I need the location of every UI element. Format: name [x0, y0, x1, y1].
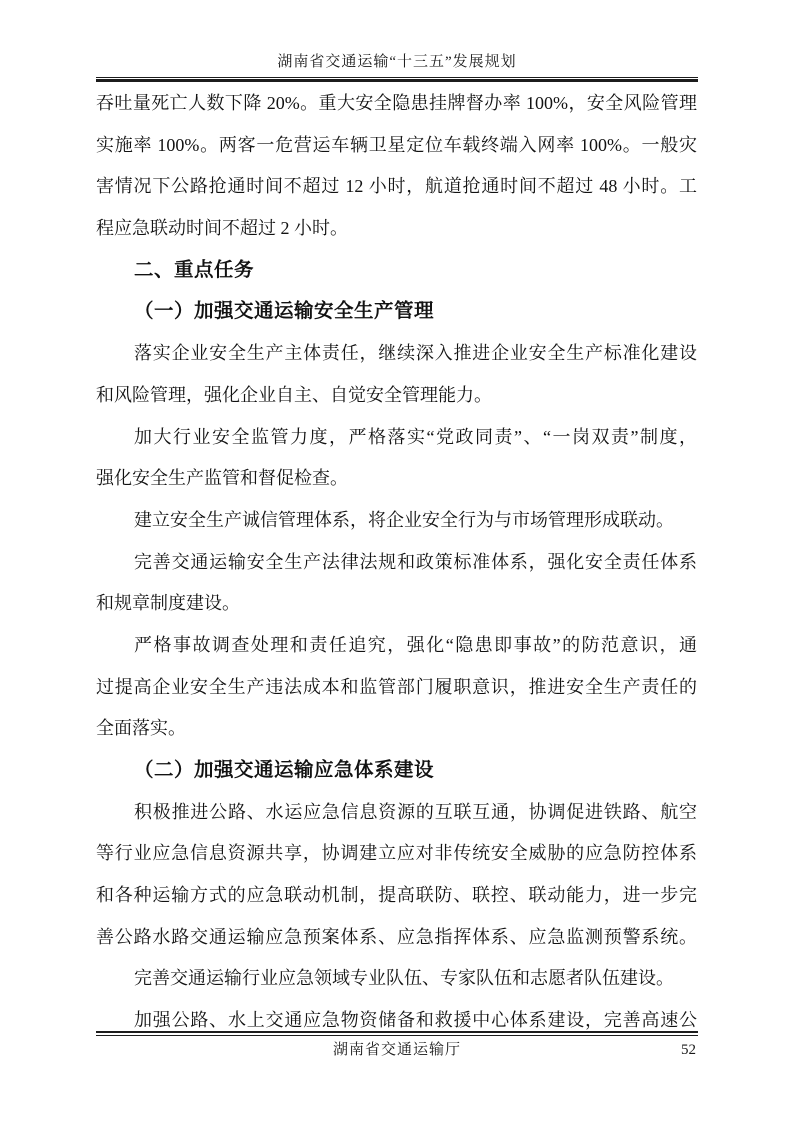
- body-text-line: 全面落实。: [96, 708, 697, 750]
- page-footer: 湖南省交通运输厅 52: [96, 1031, 698, 1061]
- footer-organization: 湖南省交通运输厅: [96, 1039, 698, 1061]
- body-text-line: 完善交通运输行业应急领域专业队伍、专家队伍和志愿者队伍建设。: [96, 958, 697, 1000]
- body-text-line: 强化安全生产监管和督促检查。: [96, 458, 697, 500]
- body-text-line: 加大行业安全监管力度，严格落实“党政同责”、“一岗双责”制度，: [96, 417, 697, 459]
- body-text-line: 等行业应急信息资源共享，协调建立应对非传统安全威胁的应急防控体系: [96, 833, 697, 875]
- body-text-line: 害情况下公路抢通时间不超过 12 小时，航道抢通时间不超过 48 小时。工: [96, 166, 697, 208]
- body-text-line: 过提高企业安全生产违法成本和监管部门履职意识，推进安全生产责任的: [96, 667, 697, 709]
- body-text-line: 和风险管理，强化企业自主、自觉安全管理能力。: [96, 375, 697, 417]
- body-text-line: 吞吐量死亡人数下降 20%。重大安全隐患挂牌督办率 100%，安全风险管理: [96, 83, 697, 125]
- body-text-line: 落实企业安全生产主体责任，继续深入推进企业安全生产标准化建设: [96, 333, 697, 375]
- page-number: 52: [681, 1039, 696, 1061]
- document-body: 吞吐量死亡人数下降 20%。重大安全隐患挂牌督办率 100%，安全风险管理实施率…: [96, 83, 697, 1042]
- document-page: 湖南省交通运输“十三五”发展规划 吞吐量死亡人数下降 20%。重大安全隐患挂牌督…: [0, 0, 793, 1122]
- document-title: 湖南省交通运输“十三五”发展规划: [96, 0, 698, 71]
- section-heading: （二）加强交通运输应急体系建设: [96, 750, 697, 792]
- section-heading: （一）加强交通运输安全生产管理: [96, 291, 697, 333]
- body-text-line: 和规章制度建设。: [96, 583, 697, 625]
- body-text-line: 建立安全生产诚信管理体系，将企业安全行为与市场管理形成联动。: [96, 500, 697, 542]
- body-text-line: 严格事故调查处理和责任追究，强化“隐患即事故”的防范意识，通: [96, 625, 697, 667]
- body-text-line: 程应急联动时间不超过 2 小时。: [96, 208, 697, 250]
- section-heading: 二、重点任务: [96, 250, 697, 292]
- footer-rule-bottom-line: [96, 1035, 698, 1037]
- body-text-line: 和各种运输方式的应急联动机制，提高联防、联控、联动能力，进一步完: [96, 875, 697, 917]
- header-rule-thick-line: [96, 79, 698, 82]
- footer-rule: [96, 1031, 698, 1036]
- body-text-line: 完善交通运输安全生产法律法规和政策标准体系，强化安全责任体系: [96, 542, 697, 584]
- body-text-line: 实施率 100%。两客一危营运车辆卫星定位车载终端入网率 100%。一般灾: [96, 125, 697, 167]
- body-text-line: 积极推进公路、水运应急信息资源的互联互通，协调促进铁路、航空: [96, 792, 697, 834]
- page-header: 湖南省交通运输“十三五”发展规划: [96, 0, 698, 82]
- header-rule: [96, 77, 698, 82]
- footer-row: 湖南省交通运输厅 52: [96, 1039, 698, 1061]
- body-text-line: 善公路水路交通运输应急预案体系、应急指挥体系、应急监测预警系统。: [96, 917, 697, 959]
